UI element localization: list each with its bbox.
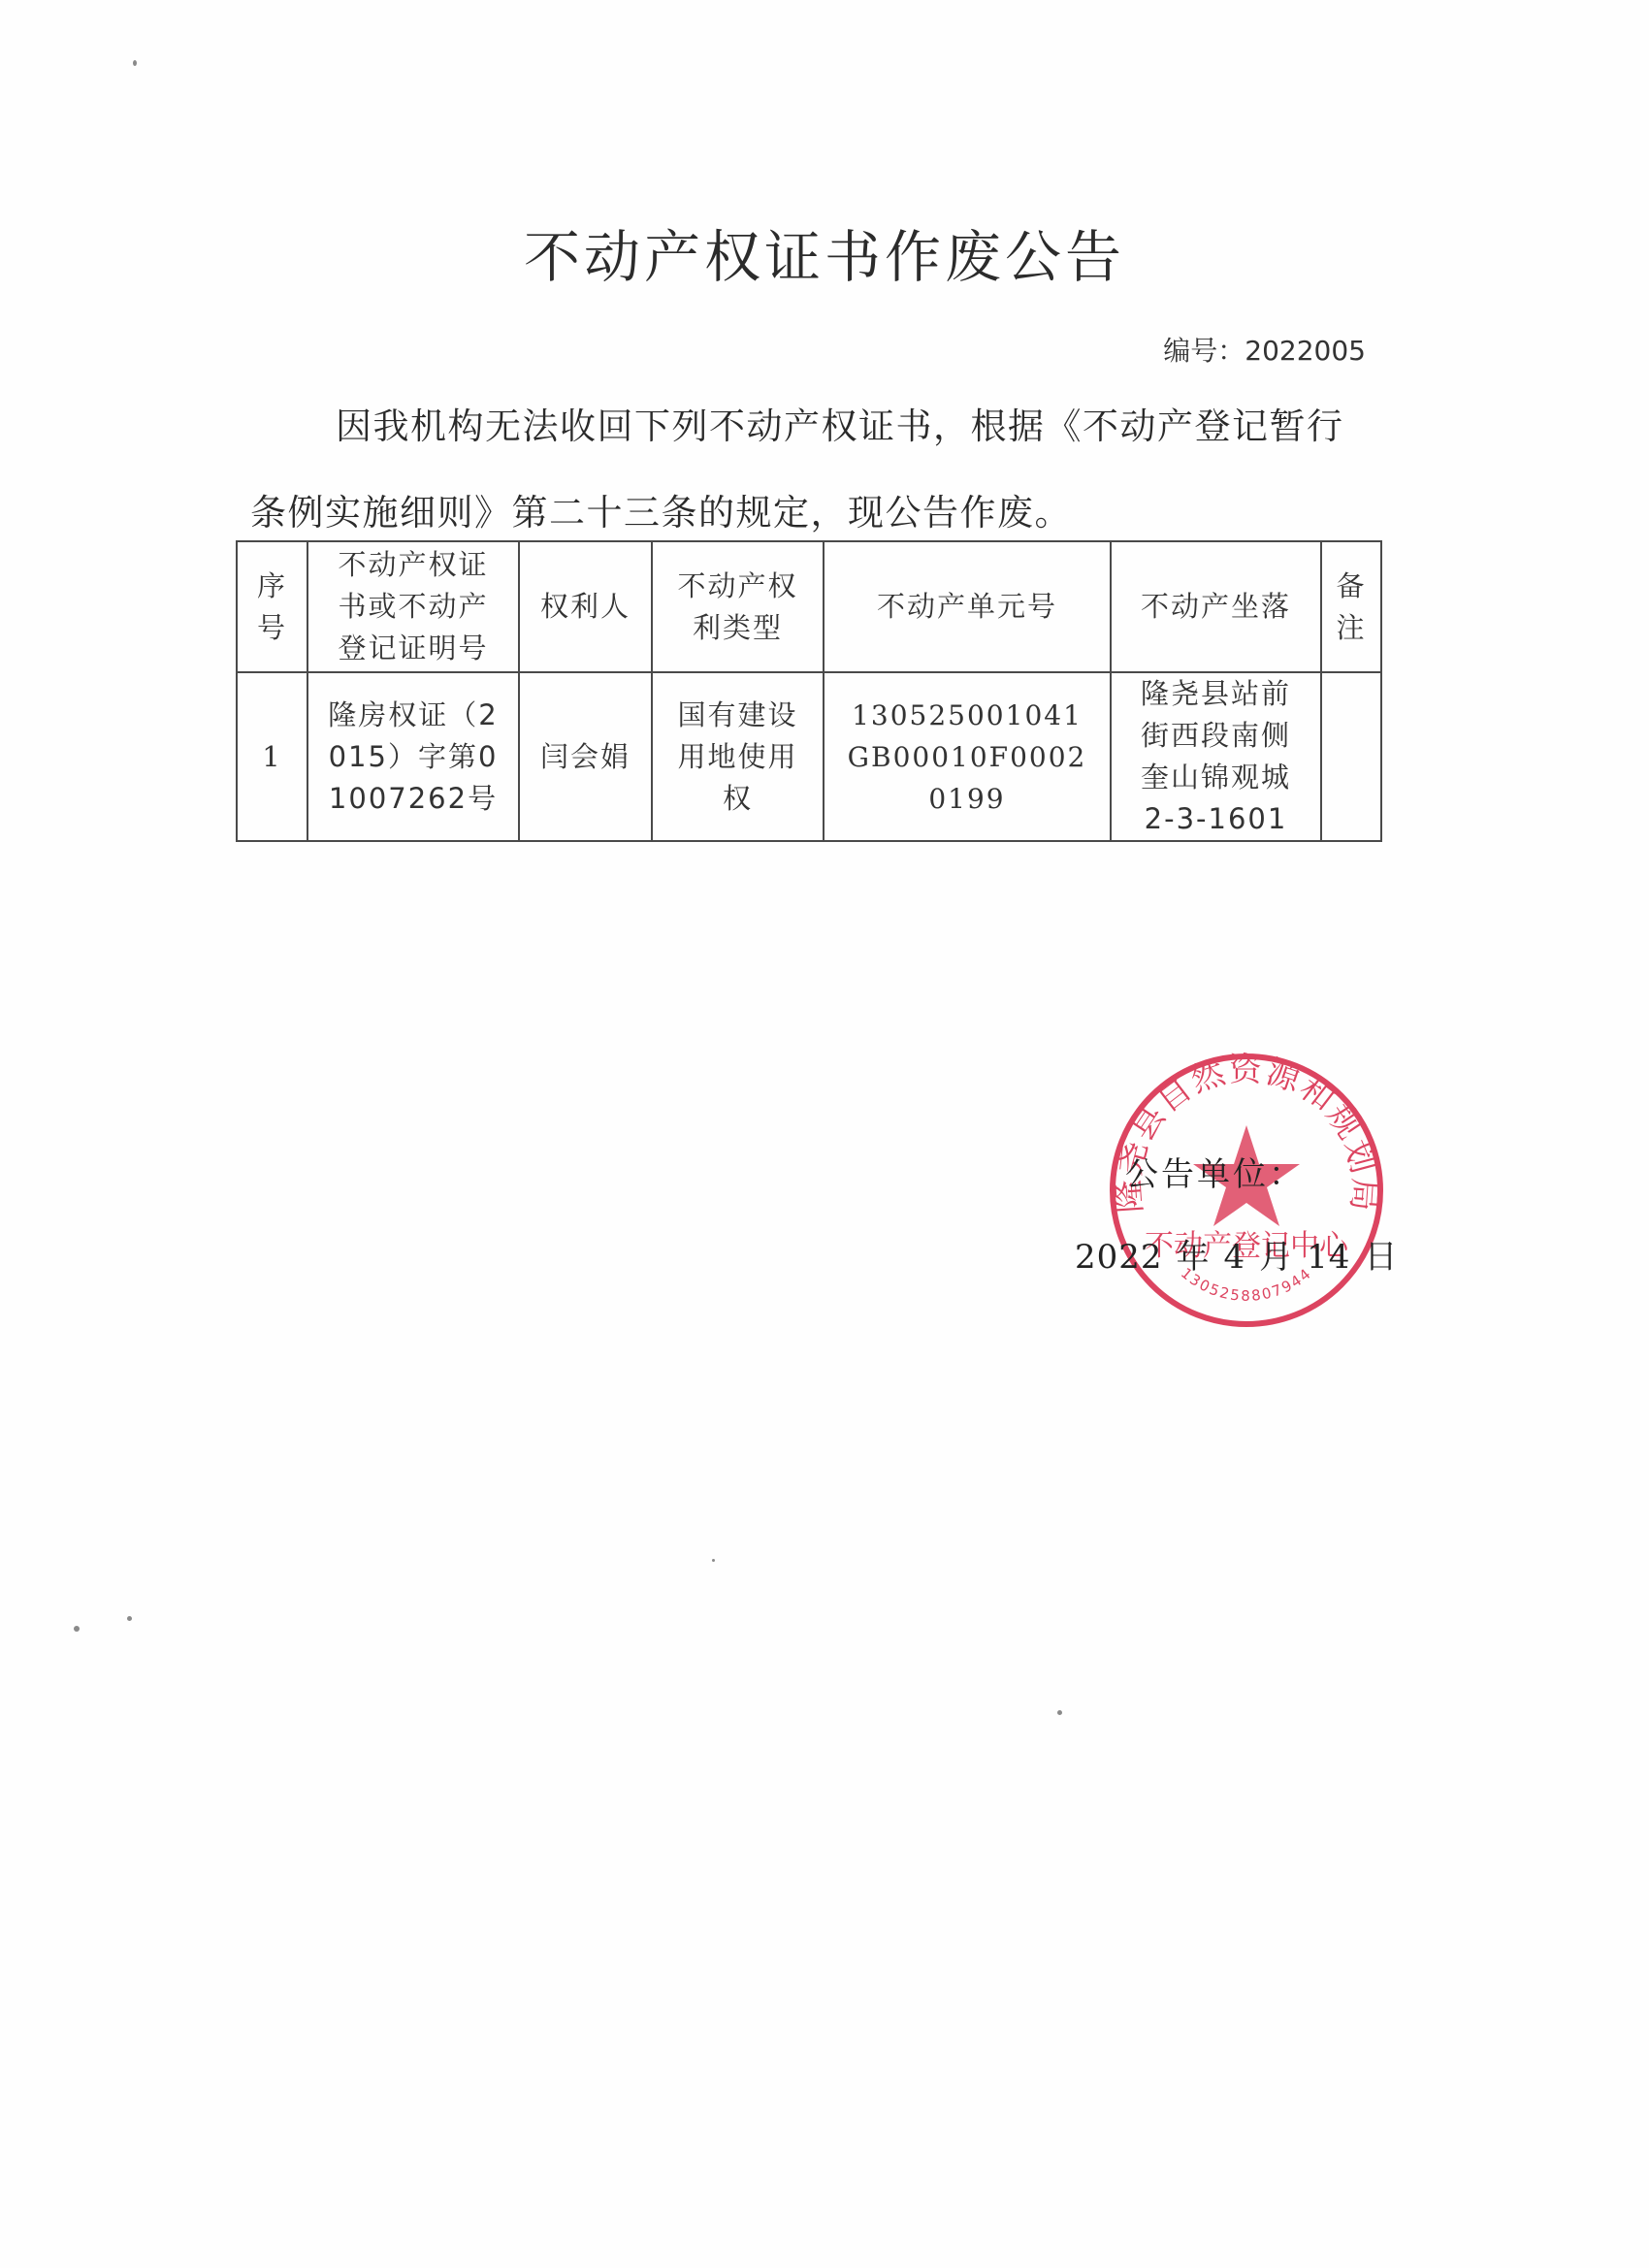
header-remark: 备注 [1321,541,1381,672]
cell-remark [1321,672,1381,841]
cell-holder: 闫会娟 [519,672,652,841]
scan-speck [74,1626,80,1632]
document-number-value: 2022005 [1245,335,1366,367]
document-page: 不动产权证书作废公告 编号：2022005 因我机构无法收回下列不动产权证书，根… [0,0,1649,2268]
scan-speck [1057,1710,1062,1715]
table-header-row: 序号 不动产权证书或不动产登记证明号 权利人 不动产权利类型 不动产单元号 不动… [237,541,1381,672]
date-year-unit: 年 [1177,1238,1211,1277]
header-holder: 权利人 [519,541,652,672]
document-number-label: 编号： [1163,335,1245,367]
page-title: 不动产权证书作废公告 [0,211,1649,293]
date-day-unit: 日 [1364,1238,1398,1277]
revoked-certificates-table: 序号 不动产权证书或不动产登记证明号 权利人 不动产权利类型 不动产单元号 不动… [236,540,1382,842]
table-row: 1 隆房权证（2015）字第01007262号 闫会娟 国有建设用地使用权 13… [237,672,1381,841]
date-month-unit: 月 [1259,1238,1293,1277]
date-day: 14 [1307,1238,1350,1277]
cell-certificate-no: 隆房权证（2015）字第01007262号 [307,672,519,841]
header-certificate-no: 不动产权证书或不动产登记证明号 [307,541,519,672]
header-unit-no: 不动产单元号 [824,541,1111,672]
header-index: 序号 [237,541,307,672]
cell-index: 1 [237,672,307,841]
cell-location: 隆尧县站前街西段南侧奎山锦观城2-3-1601 [1111,672,1321,841]
scan-speck [133,60,137,66]
header-right-type: 不动产权利类型 [652,541,824,672]
date-year: 2022 [1075,1238,1163,1277]
scan-speck [712,1559,715,1562]
cell-unit-no: 130525001041GB00010F00020199 [824,672,1111,841]
header-location: 不动产坐落 [1111,541,1321,672]
issue-date: 2022年4月14日 [1075,1230,1411,1278]
date-month: 4 [1224,1238,1246,1277]
issuer-label: 公告单位： [1125,1148,1305,1195]
notice-body: 因我机构无法收回下列不动产权证书，根据《不动产登记暂行条例实施细则》第二十三条的… [250,383,1375,556]
document-number: 编号：2022005 [1163,330,1366,369]
cell-right-type: 国有建设用地使用权 [652,672,824,841]
scan-speck [127,1616,132,1621]
